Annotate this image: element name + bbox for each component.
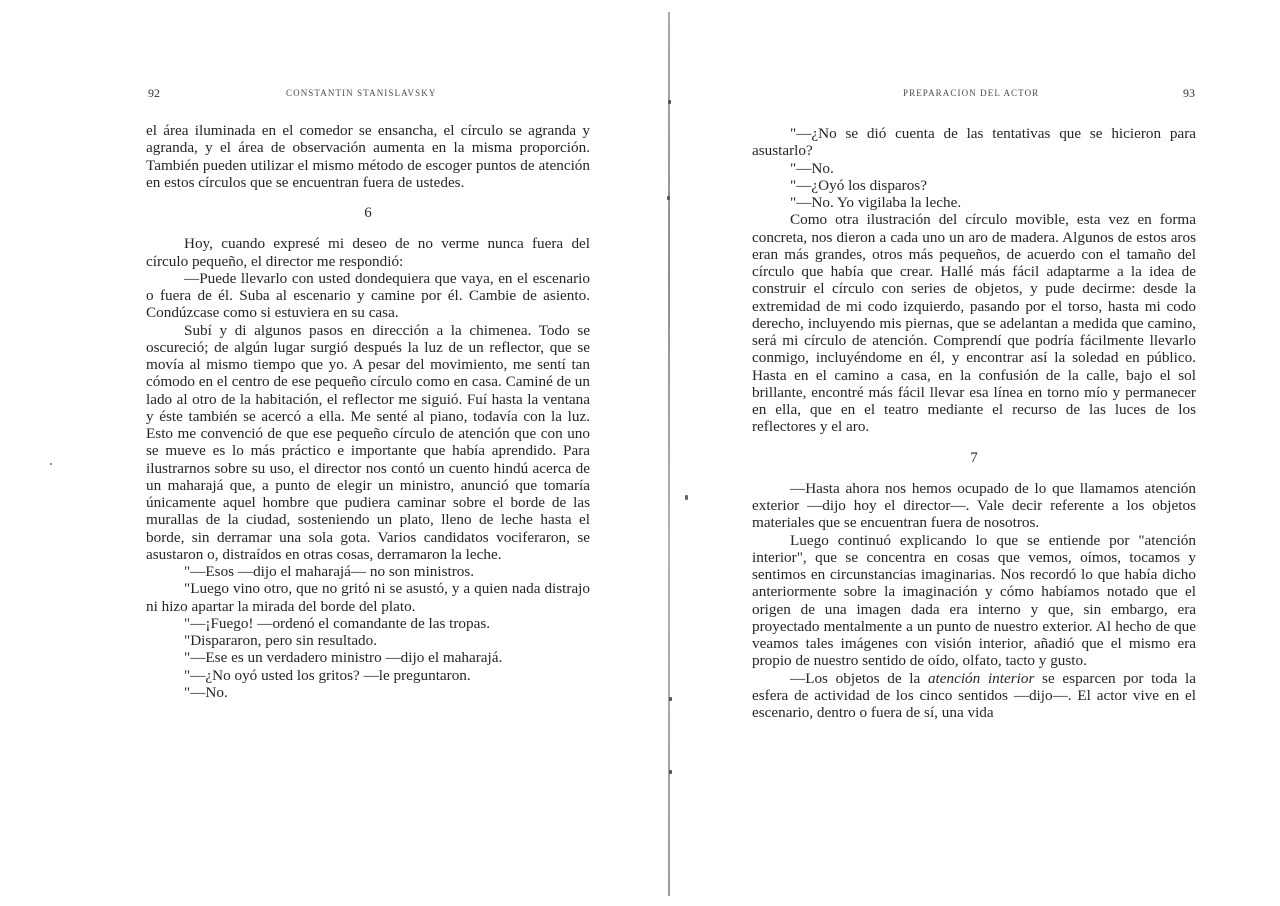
- paragraph-text: —Los objetos de la: [790, 670, 928, 687]
- paragraph: "—¿No oyó usted los gritos? —le pregunta…: [146, 667, 590, 684]
- paragraph: —Puede llevarlo con usted dondequiera qu…: [146, 270, 590, 322]
- left-page-body: el área iluminada en el comedor se ensan…: [146, 122, 590, 701]
- paragraph: —Los objetos de la atención interior se …: [752, 670, 1196, 722]
- book-spread: 92 CONSTANTIN STANISLAVSKY el área ilumi…: [0, 0, 1280, 906]
- left-page: 92 CONSTANTIN STANISLAVSKY el área ilumi…: [0, 0, 668, 906]
- running-head: PREPARACION DEL ACTOR: [903, 88, 1039, 98]
- page-number: 92: [148, 86, 160, 101]
- paragraph: Como otra ilustración del círculo movibl…: [752, 211, 1196, 435]
- paragraph: "—¿Oyó los disparos?: [752, 177, 1196, 194]
- paragraph: "—No.: [752, 160, 1196, 177]
- running-head: CONSTANTIN STANISLAVSKY: [286, 88, 436, 98]
- paragraph: Subí y di algunos pasos en dirección a l…: [146, 322, 590, 564]
- emphasis-text: atención interior: [928, 670, 1034, 687]
- paragraph: —Hasta ahora nos hemos ocupado de lo que…: [752, 480, 1196, 532]
- paragraph: "—Ese es un verdadero ministro —dijo el …: [146, 649, 590, 666]
- paragraph: "—¡Fuego! —ordenó el comandante de las t…: [146, 615, 590, 632]
- page-number: 93: [1183, 86, 1195, 101]
- paragraph: "—No. Yo vigilaba la leche.: [752, 194, 1196, 211]
- paragraph: "Dispararon, pero sin resultado.: [146, 632, 590, 649]
- paragraph: "—¿No se dió cuenta de las tentativas qu…: [752, 125, 1196, 160]
- paragraph: "Luego vino otro, que no gritó ni se asu…: [146, 580, 590, 615]
- paragraph: "—Esos —dijo el maharajá— no son ministr…: [146, 563, 590, 580]
- right-page-body: "—¿No se dió cuenta de las tentativas qu…: [752, 125, 1196, 721]
- paragraph: el área iluminada en el comedor se ensan…: [146, 122, 590, 191]
- paragraph: "—No.: [146, 684, 590, 701]
- section-number: 7: [752, 450, 1196, 467]
- paragraph: Luego continuó explicando lo que se enti…: [752, 532, 1196, 670]
- paragraph: Hoy, cuando expresé mi deseo de no verme…: [146, 235, 590, 270]
- section-number: 6: [146, 205, 590, 222]
